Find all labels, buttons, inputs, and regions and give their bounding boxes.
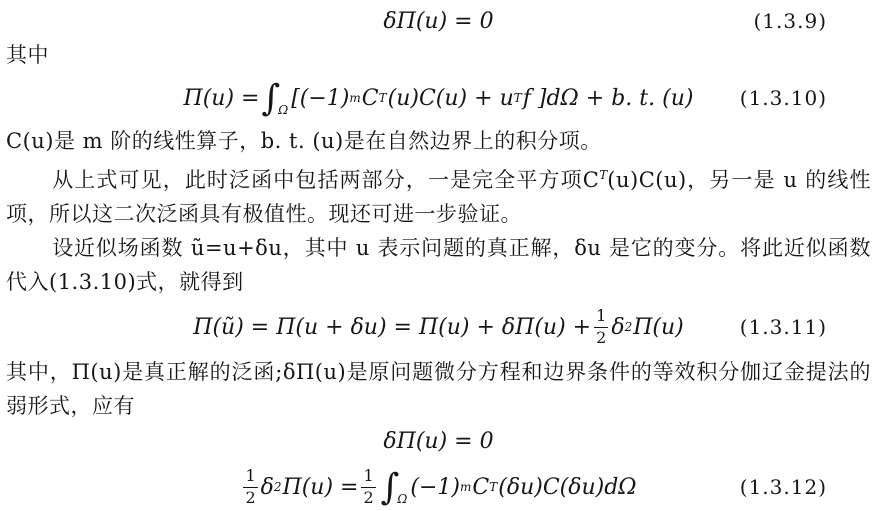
eq10-transpose-2: T (514, 91, 522, 105)
fraction-numerator: 1 (243, 467, 257, 487)
fraction-numerator: 1 (361, 467, 375, 487)
eq11-squared: 2 (625, 320, 633, 334)
eq10-lhs: Π(u) = (184, 86, 260, 111)
eq11-t3: Π(u) (633, 315, 684, 340)
equation-1-3-12: 1 2 δ 2 Π(u) = 1 2 ∫ Ω (−1) m C T (δu)C(… (6, 459, 871, 511)
fraction-denominator: 2 (245, 488, 255, 507)
eq10-t1: [(−1) (291, 86, 349, 111)
eq11-t1: Π(ũ) = Π(u + δu) = Π(u) + δΠ(u) + (193, 315, 591, 340)
eq10-t2: C (362, 86, 379, 111)
integral-domain: Ω (278, 103, 288, 117)
eq11-t2: δ (611, 315, 624, 340)
equation-1-3-11-number: (1.3.11) (740, 315, 827, 339)
eq10-transpose-1: T (379, 91, 387, 105)
equation-variation-zero: δΠ(u) = 0 (6, 423, 871, 459)
equation-1-3-12-body: 1 2 δ 2 Π(u) = 1 2 ∫ Ω (−1) m C T (δu)C(… (240, 467, 636, 507)
equation-1-3-9-number: (1.3.9) (754, 9, 828, 33)
equation-1-3-11: Π(ũ) = Π(u + δu) = Π(u) + δΠ(u) + 1 2 δ … (6, 299, 871, 355)
eq10-t3: (u)C(u) + u (388, 86, 514, 111)
one-half-fraction: 1 2 (361, 467, 375, 507)
equation-1-3-9-body: δΠ(u) = 0 (383, 9, 493, 34)
equation-1-3-11-body: Π(ũ) = Π(u + δu) = Π(u) + δΠ(u) + 1 2 δ … (193, 307, 683, 347)
eq12-squared: 2 (274, 480, 282, 494)
eq12-t2: Π(u) = (283, 475, 359, 500)
where-label: 其中 (6, 38, 871, 72)
paragraph-weak-form: 其中，Π(u)是真正解的泛函;δΠ(u)是原问题微分方程和边界条件的等效积分伽辽… (6, 355, 871, 423)
one-half-fraction: 1 2 (594, 307, 608, 347)
eq10-t4: f ]dΩ + b. t. (u) (523, 86, 694, 111)
equation-1-3-10-number: (1.3.10) (740, 86, 827, 110)
paragraph-approximate-field: 设近似场函数 ũ=u+δu，其中 u 表示问题的真正解，δu 是它的变分。将此近… (6, 231, 871, 299)
equation-1-3-12-number: (1.3.12) (740, 475, 827, 499)
eq12-t4: C (472, 475, 489, 500)
equation-1-3-9: δΠ(u) = 0 (1.3.9) (6, 4, 871, 38)
eq12-exponent-m: m (460, 480, 471, 494)
p2-text-a: 从上式可见，此时泛函中包括两部分，一是完全平方项C (52, 168, 599, 192)
integral-domain: Ω (397, 492, 407, 506)
one-half-fraction: 1 2 (243, 467, 257, 507)
eq12-transpose: T (489, 480, 497, 494)
fraction-numerator: 1 (594, 307, 608, 327)
eq12-t3: (−1) (410, 475, 460, 500)
paragraph-operator-note: C(u)是 m 阶的线性算子，b. t. (u)是在自然边界上的积分项。 (6, 124, 871, 158)
equation-1-3-10-body: Π(u) = ∫ Ω [(−1) m C T (u)C(u) + u T f ]… (184, 86, 694, 111)
fraction-denominator: 2 (596, 328, 606, 347)
paragraph-functional-parts: 从上式可见，此时泛函中包括两部分，一是完全平方项CT(u)C(u)，另一是 u … (6, 158, 871, 231)
eq12-t5: (δu)C(δu)dΩ (498, 475, 636, 500)
fraction-denominator: 2 (363, 488, 373, 507)
equation-variation-zero-body: δΠ(u) = 0 (383, 429, 493, 454)
textbook-page: δΠ(u) = 0 (1.3.9) 其中 Π(u) = ∫ Ω [(−1) m … (0, 0, 877, 511)
eq10-exponent-m: m (349, 91, 360, 105)
eq12-t1: δ (261, 475, 274, 500)
equation-1-3-10: Π(u) = ∫ Ω [(−1) m C T (u)C(u) + u T f ]… (6, 72, 871, 124)
